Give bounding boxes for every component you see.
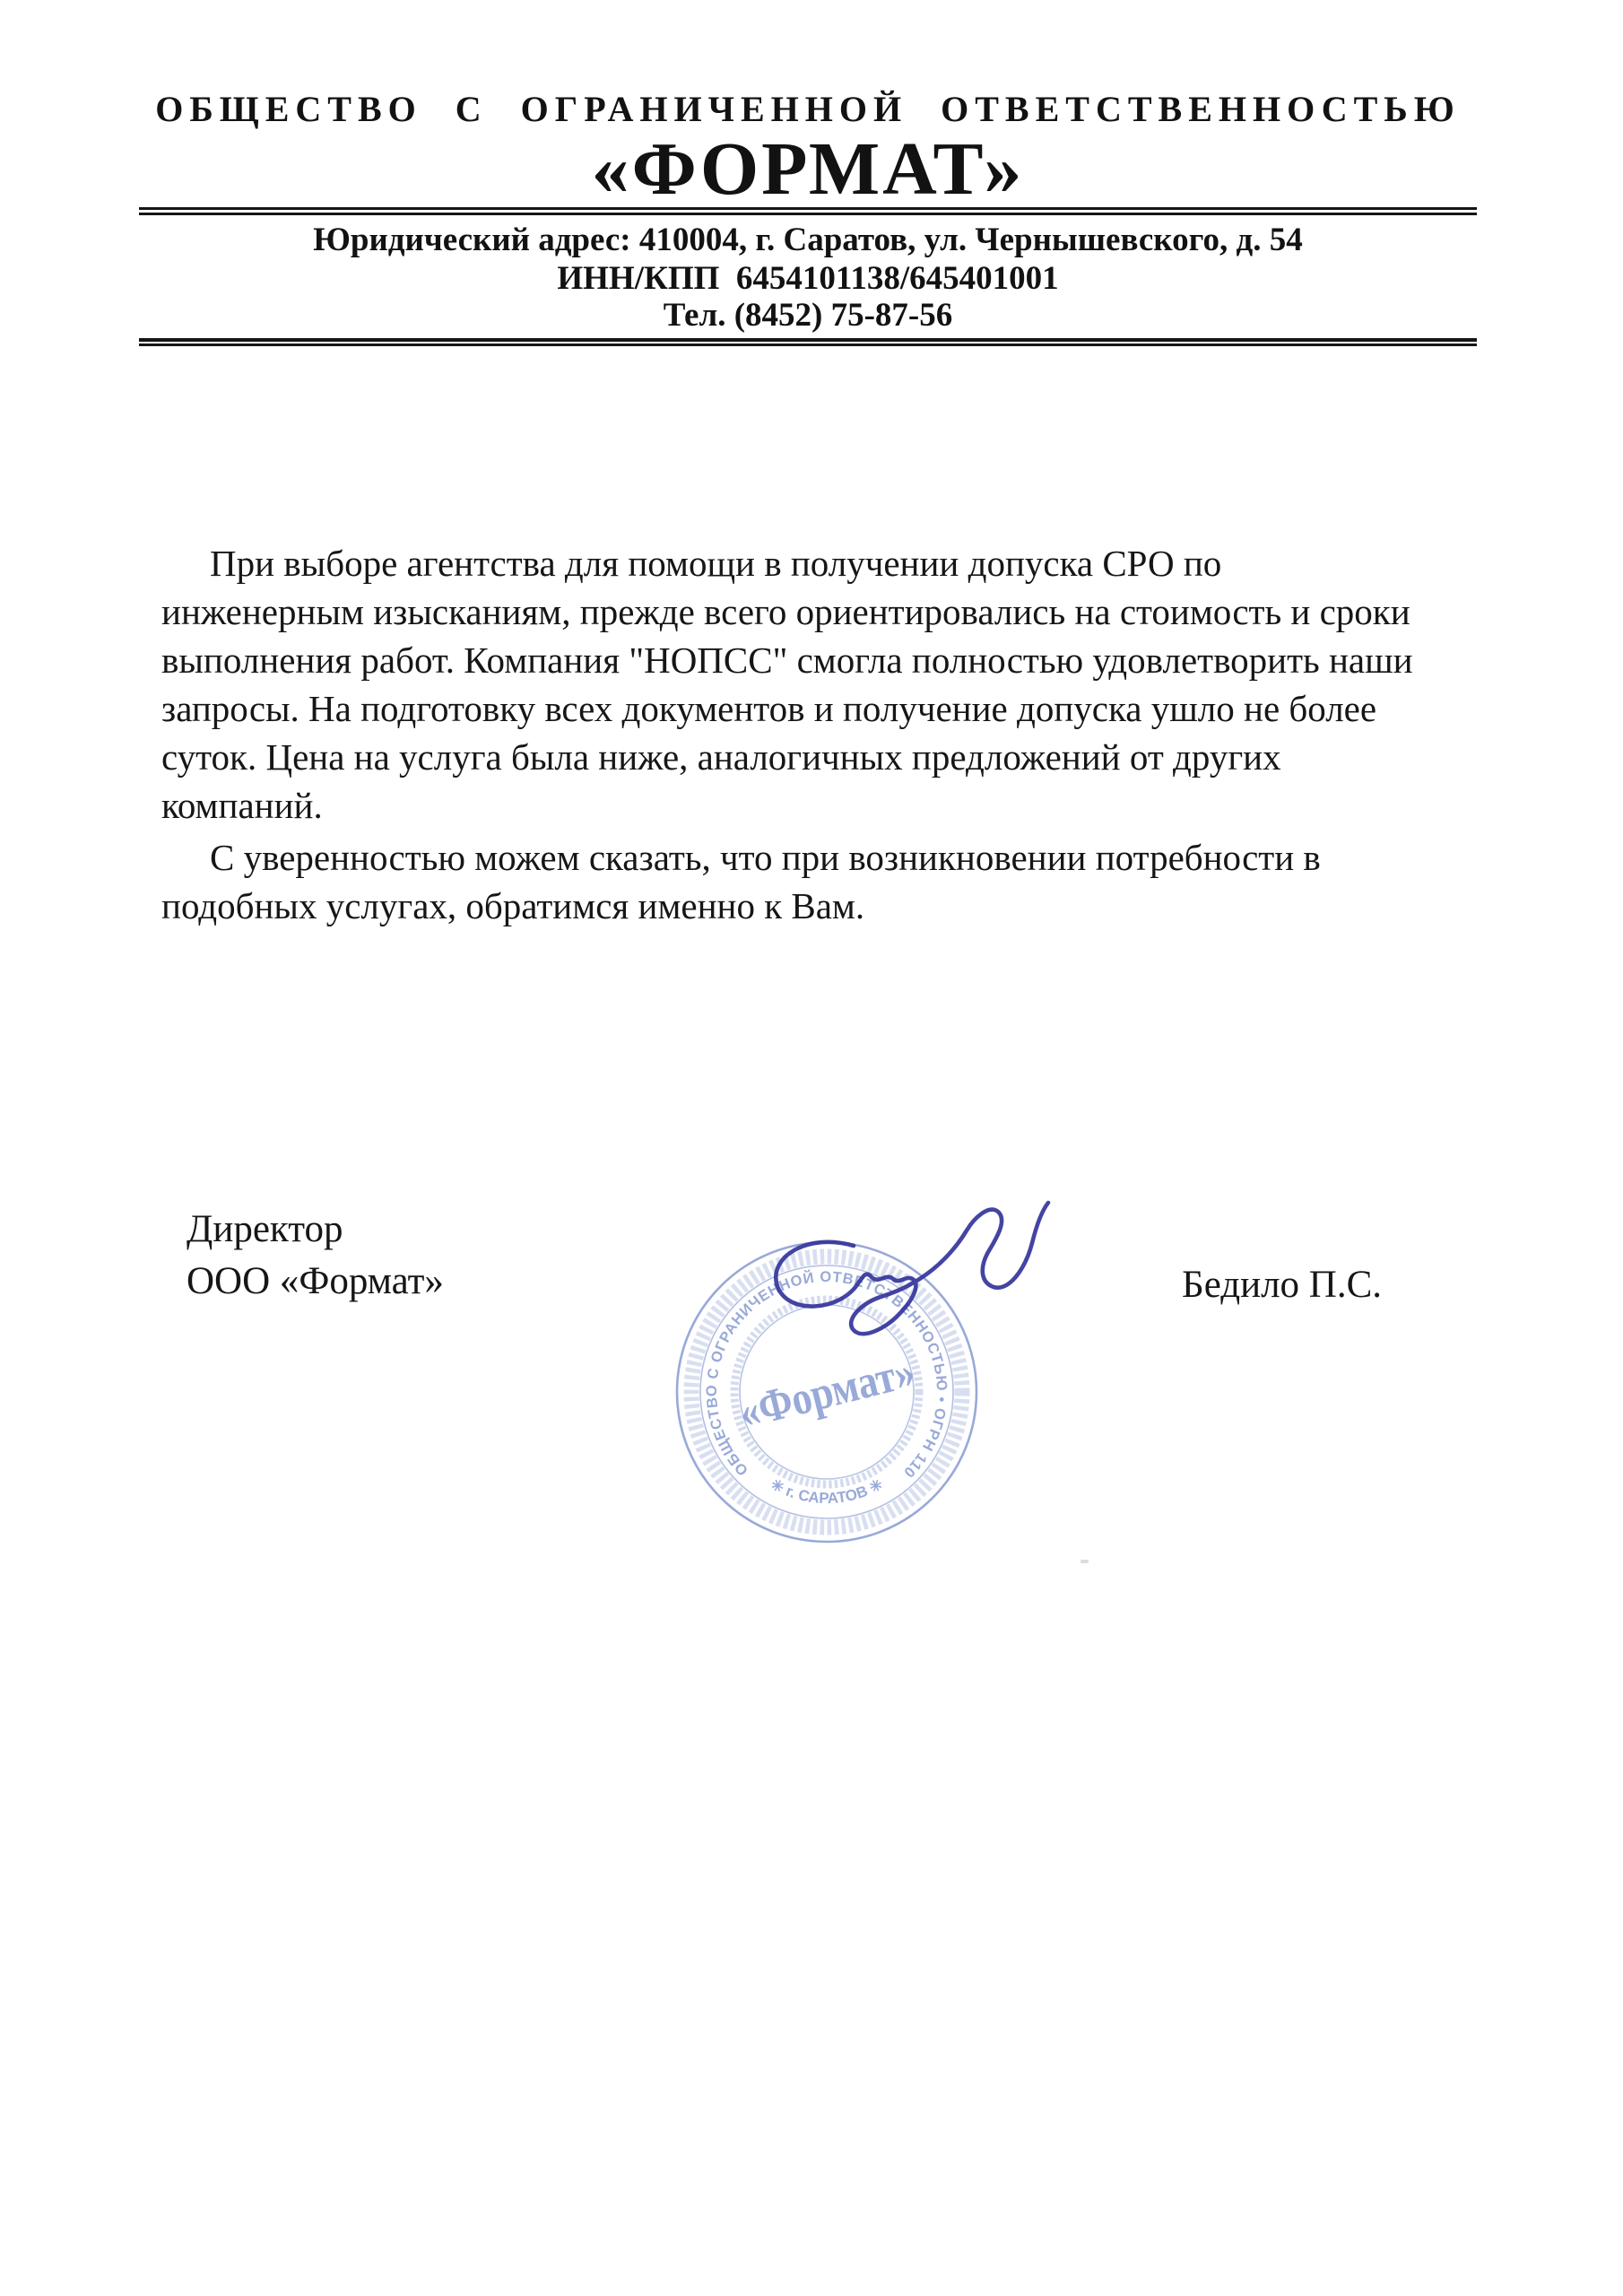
body-line: При выборе агентства для помощи в получе…	[161, 539, 1487, 587]
signer-company: ООО «Формат»	[187, 1259, 444, 1303]
body-line: компаний.	[161, 781, 1487, 830]
body-line: запросы. На подготовку всех документов и…	[161, 684, 1487, 733]
body-line: С уверенностью можем сказать, что при во…	[161, 833, 1487, 882]
stamp-ring-text-bottom: ✳ г. САРАТОВ ✳	[768, 1475, 886, 1507]
letter-page: ОБЩЕСТВО С ОГРАНИЧЕННОЙ ОТВЕТСТВЕННОСТЬЮ…	[0, 0, 1623, 2296]
body-line: выполнения работ. Компания "НОПСС" смогл…	[161, 636, 1487, 684]
letterhead-divider-top-line2	[139, 213, 1477, 215]
body-line: инженерным изысканиям, прежде всего орие…	[161, 587, 1487, 636]
letterhead-divider-bottom-line2	[139, 344, 1477, 346]
signature-stroke	[776, 1203, 1048, 1334]
letterhead-divider-top-line1	[139, 207, 1477, 210]
handwritten-signature	[735, 1182, 1076, 1361]
letterhead-org-name: «ФОРМАТ»	[139, 126, 1477, 213]
letterhead-address: Юридический адрес: 410004, г. Саратов, у…	[139, 221, 1477, 259]
body-paragraph-2: С уверенностью можем сказать, что при во…	[161, 833, 1487, 930]
letterhead-org-type: ОБЩЕСТВО С ОГРАНИЧЕННОЙ ОТВЕТСТВЕННОСТЬЮ	[139, 88, 1477, 130]
letterhead-phone: Тел. (8452) 75-87-56	[139, 296, 1477, 335]
body-paragraph-1: При выборе агентства для помощи в получе…	[161, 539, 1487, 830]
signer-title: Директор	[187, 1207, 343, 1251]
letterhead-divider-bottom-line1	[139, 338, 1477, 342]
body-line: подобных услугах, обратимся именно к Вам…	[161, 882, 1487, 930]
scan-artifact-dot	[1081, 1560, 1089, 1563]
body-line: суток. Цена на услуга была ниже, аналоги…	[161, 733, 1487, 781]
letterhead-inn-kpp: ИНН/КПП 6454101138/645401001	[139, 259, 1477, 298]
signer-name: Бедило П.С.	[1182, 1263, 1382, 1307]
